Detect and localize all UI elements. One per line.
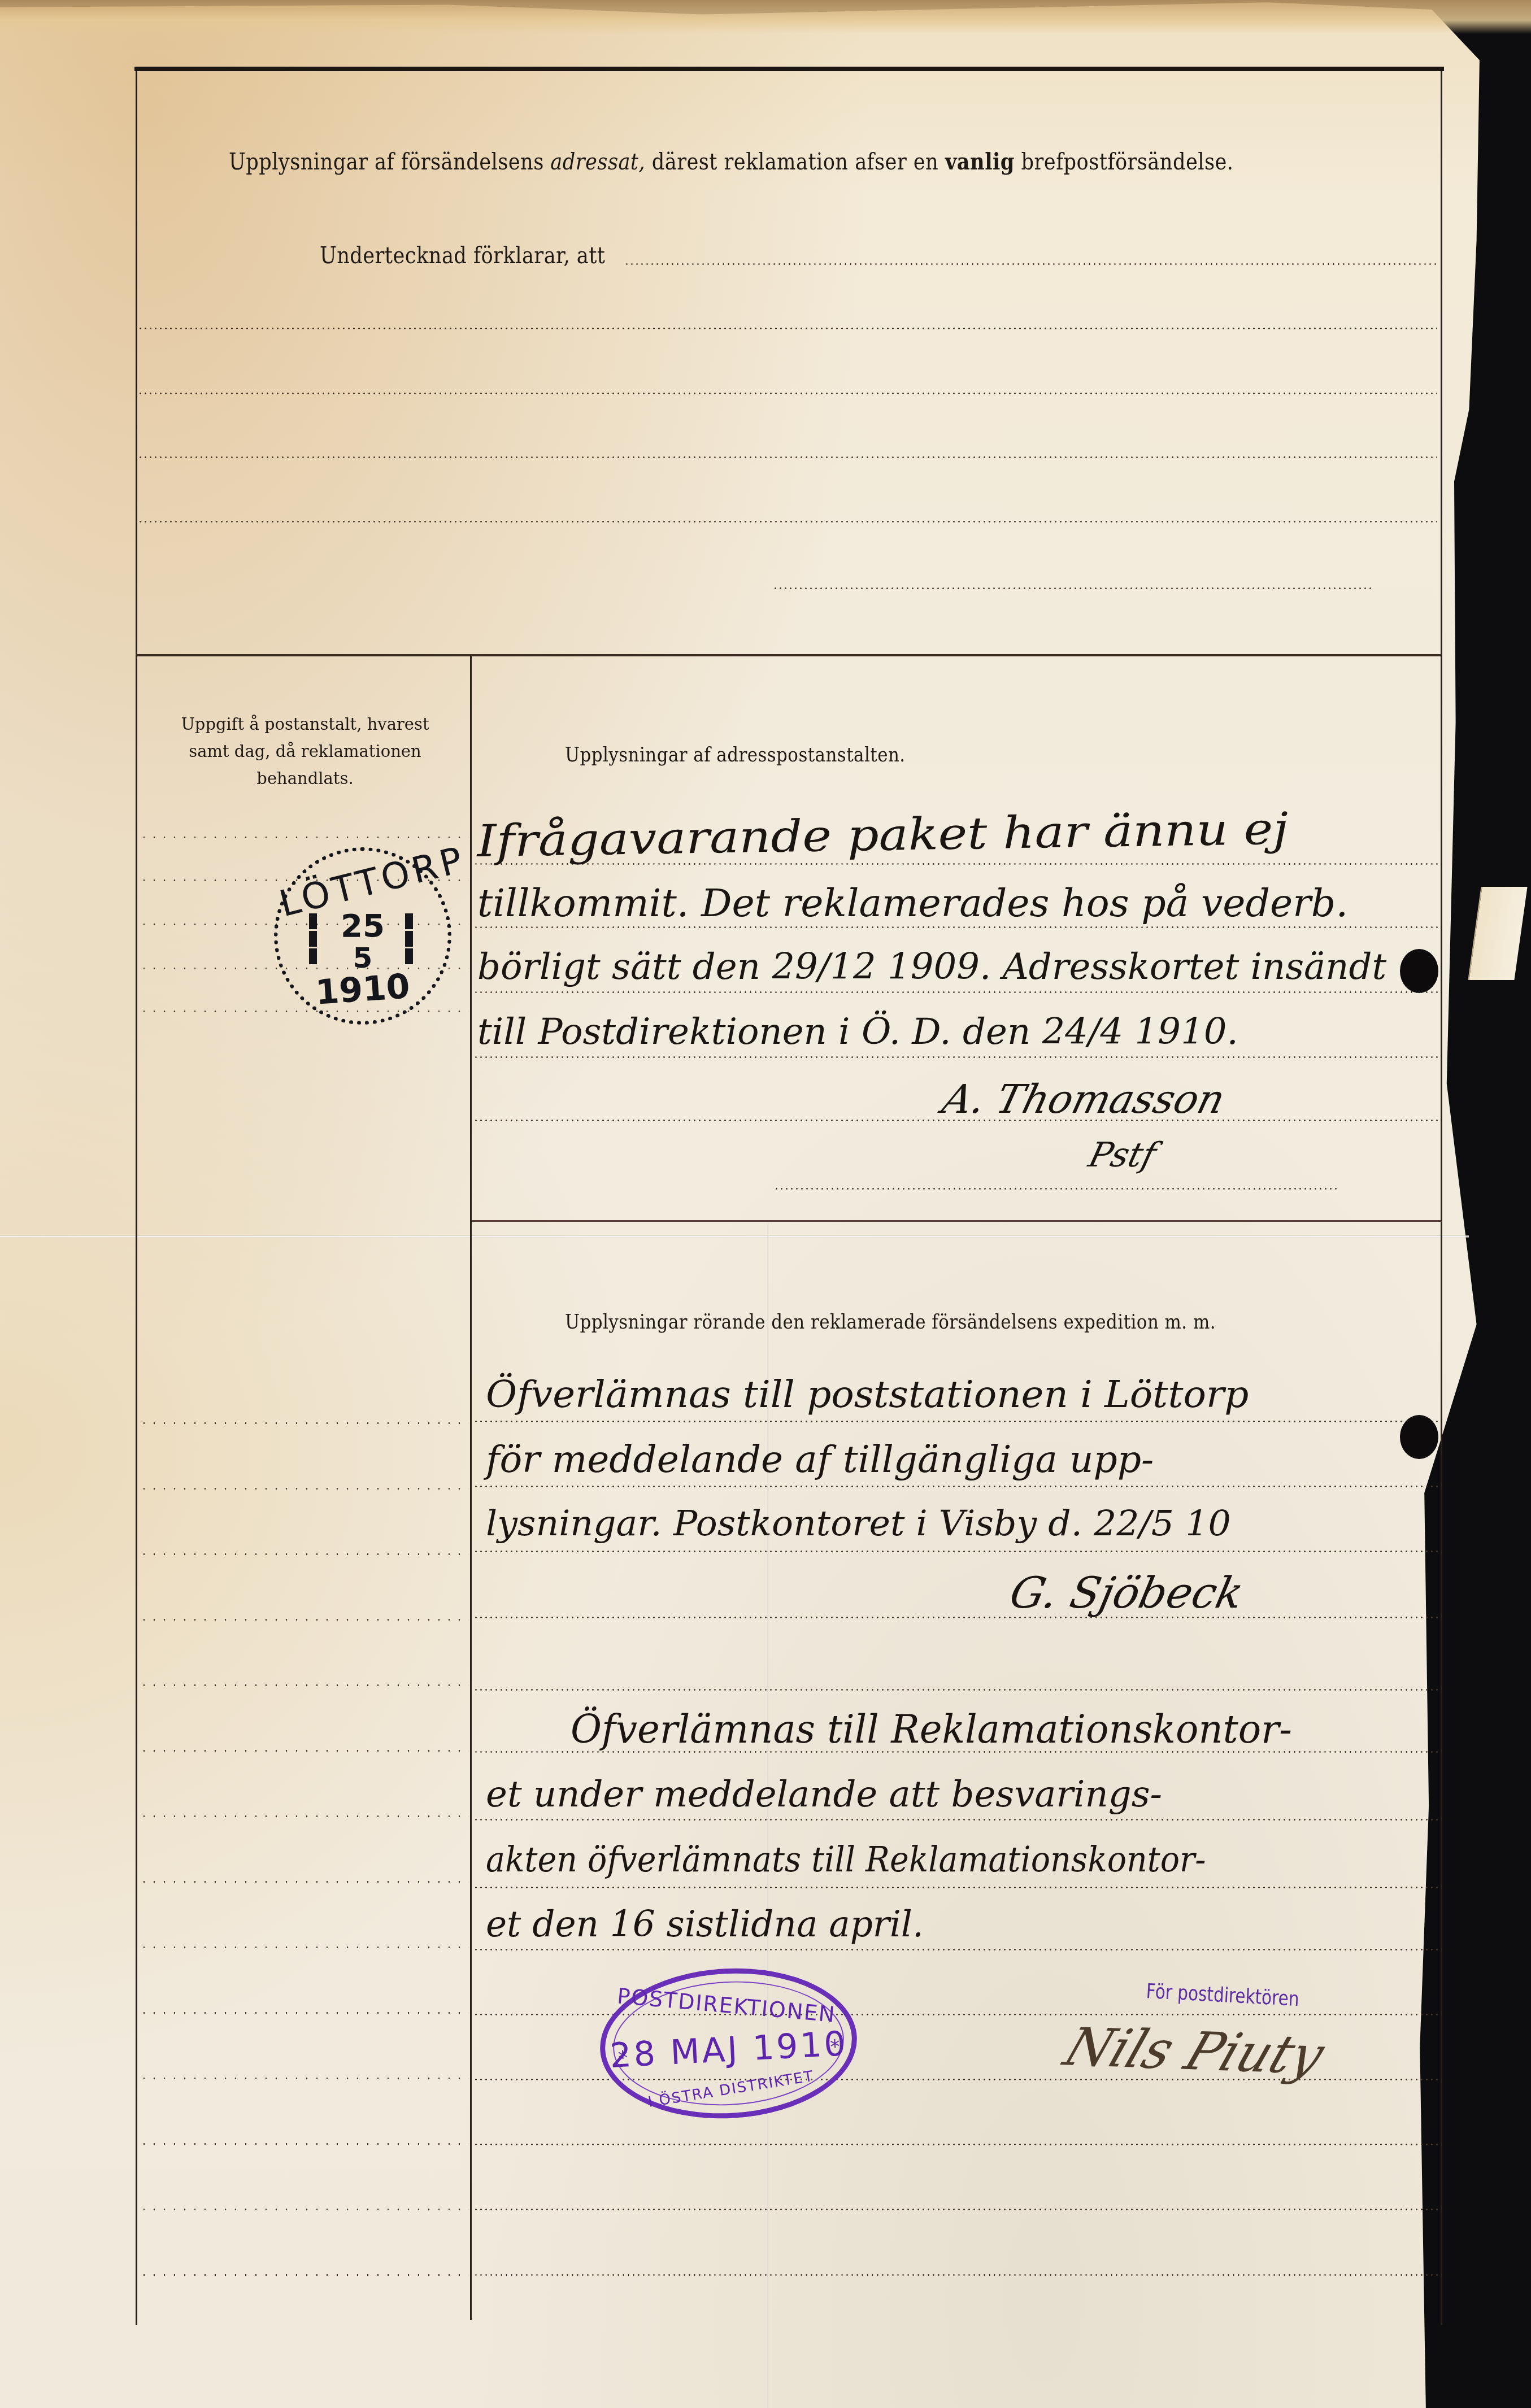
expedition-note2-line-1: Öfverlämnas till Reklamationskontor- (571, 1706, 1292, 1752)
punch-hole (1400, 949, 1438, 993)
paper-fragment-attachment (1468, 887, 1527, 980)
expedition-note2-line-4: et den 16 sistlidna april. (486, 1904, 924, 1945)
form-top-border (134, 67, 1444, 71)
declaration-line-5[interactable] (138, 521, 1437, 522)
left-line[interactable] (139, 2078, 469, 2079)
expedition-note2-line-2: et under meddelande att besvarings- (486, 1774, 1162, 1815)
declaration-line-3[interactable] (138, 393, 1437, 394)
expedition-line[interactable] (473, 2144, 1441, 2145)
left-column-label: Uppgift å postanstalt, hvarest samt dag,… (141, 711, 469, 792)
left-line[interactable] (139, 2143, 469, 2145)
declaration-signature-line[interactable] (773, 587, 1372, 589)
left-line[interactable] (139, 1619, 469, 1621)
left-line[interactable] (139, 1488, 469, 1490)
expedition-line[interactable] (473, 1421, 1441, 1422)
left-line[interactable] (139, 2209, 469, 2210)
torn-top-edge (0, 0, 1531, 34)
expedition-note1-line-1: Öfverlämnas till poststationen i Löttorp (486, 1373, 1249, 1416)
expedition-note1-signature: G. Sjöbeck (1006, 1567, 1248, 1618)
expedition-note1-line-2: för meddelande af tillgängliga upp- (486, 1438, 1154, 1481)
expedition-line[interactable] (473, 1887, 1441, 1888)
horizontal-fold-crease (0, 1235, 1469, 1238)
lottorp-postmark: LÖTTORP 25 5 1910 (274, 847, 451, 1025)
expedition-line[interactable] (473, 1617, 1441, 1618)
label-line: Uppgift å postanstalt, hvarest (141, 711, 469, 738)
expedition-heading: Upplysningar rörande den reklamerade för… (565, 1310, 1216, 1334)
heading-text: därest reklamation afser en (645, 148, 945, 175)
top-section-heading: Upplysningar af försändelsens adressat, … (229, 148, 1233, 175)
left-line[interactable] (139, 1881, 469, 1883)
declaration-label: Undertecknad förklarar, att (320, 242, 605, 269)
left-line[interactable] (139, 2012, 469, 2014)
expedition-note1-line-3: lysningar. Postkontoret i Visby d. 22/5 … (486, 1503, 1231, 1544)
address-line-3[interactable] (473, 991, 1441, 993)
heading-italic-text: adressat, (550, 148, 645, 175)
expedition-line[interactable] (473, 2274, 1441, 2276)
expedition-line[interactable] (473, 1551, 1441, 1552)
address-handwriting-line-2: tillkommit. Det reklamerades hos på vede… (477, 881, 1348, 926)
expedition-line[interactable] (473, 1689, 1441, 1691)
left-line[interactable] (139, 1750, 469, 1752)
address-office-signature: A. Thomasson (938, 1076, 1230, 1122)
declaration-field-line[interactable] (624, 263, 1438, 265)
address-line-4[interactable] (473, 1056, 1441, 1058)
label-line: samt dag, då reklamationen (141, 738, 469, 765)
heading-text: brefpostförsändelse. (1015, 148, 1233, 175)
left-line[interactable] (139, 1815, 469, 1817)
heading-text: Upplysningar af försändelsens (229, 148, 550, 175)
declaration-line-4[interactable] (138, 456, 1437, 458)
address-handwriting-line-4: till Postdirektionen i Ö. D. den 24/4 19… (477, 1011, 1238, 1053)
left-line[interactable] (139, 1684, 469, 1686)
left-line[interactable] (139, 2274, 469, 2276)
expedition-line[interactable] (473, 1949, 1441, 1950)
address-office-heading: Upplysningar af adresspostanstalten. (565, 743, 906, 767)
address-signature-line[interactable] (774, 1188, 1339, 1190)
expedition-line[interactable] (473, 2209, 1441, 2210)
subsection-divider (472, 1220, 1441, 1222)
stamp-star-icon: * (830, 2036, 841, 2059)
left-line[interactable] (139, 837, 469, 838)
left-line[interactable] (139, 1947, 469, 1948)
expedition-line[interactable] (473, 1486, 1441, 1487)
section-divider (136, 654, 1442, 656)
form-left-border (136, 71, 137, 2325)
declaration-line-2[interactable] (138, 328, 1437, 329)
expedition-note2-line-3: akten öfverlämnats till Reklamationskont… (486, 1839, 1206, 1880)
label-line: behandlats. (141, 765, 469, 792)
postmaster-signature: Nils Piuty (1056, 2017, 1332, 2086)
form-right-border (1441, 71, 1442, 2325)
left-line[interactable] (139, 1422, 469, 1424)
address-line-2[interactable] (473, 926, 1441, 928)
postmark-day: 25 (278, 908, 447, 944)
expedition-line[interactable] (473, 1819, 1441, 1821)
heading-bold-text: vanlig (945, 148, 1015, 175)
column-divider (470, 656, 472, 2320)
address-handwriting-line-3: börligt sätt den 29/12 1909. Adresskorte… (477, 946, 1386, 988)
left-line[interactable] (139, 1553, 469, 1555)
address-office-signature-title: Pstf (1085, 1135, 1160, 1175)
punch-hole (1400, 1415, 1438, 1459)
